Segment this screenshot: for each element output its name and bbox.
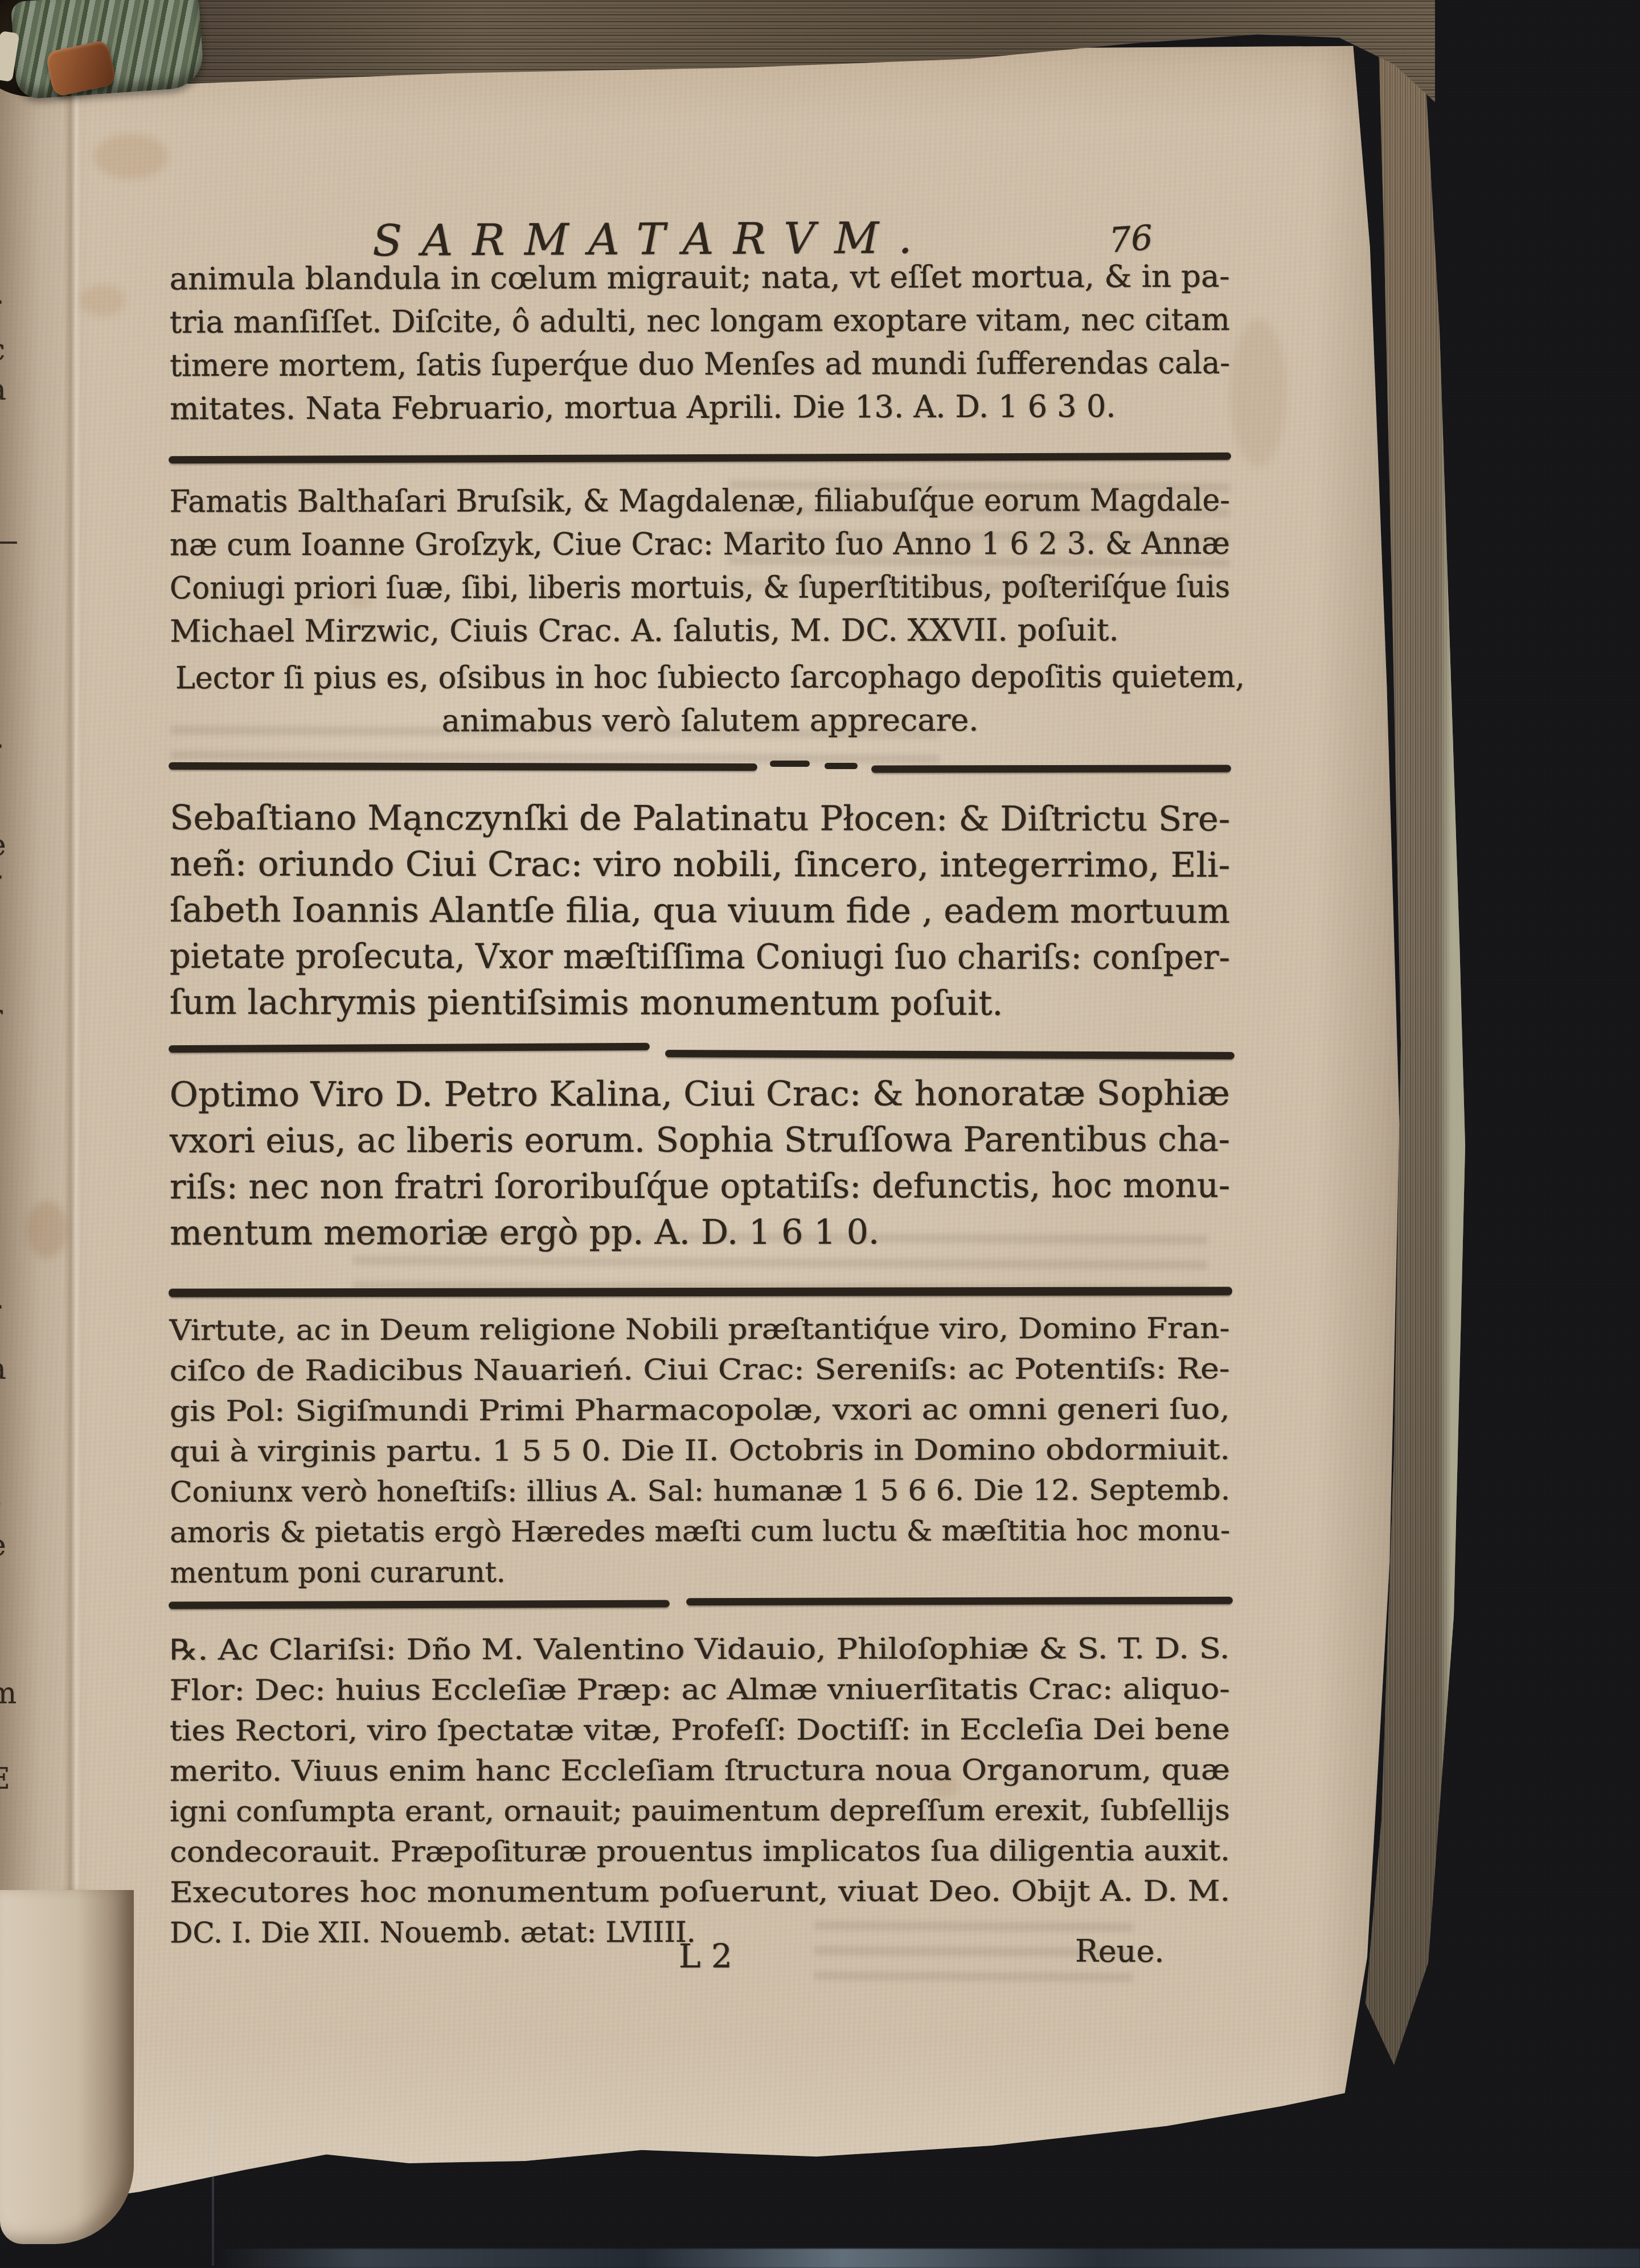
text-line: gis Pol: Sigiſmundi Primi Pharmacopolæ, … (170, 1389, 1230, 1432)
text-line: Sebaſtiano Mąnczynſki de Palatinatu Płoc… (170, 795, 1230, 843)
scan-scratch (212, 2061, 214, 2266)
text-line: næ cum Ioanne Groſzyk, Ciue Crac: Marito… (170, 522, 1230, 567)
book-photo: { "colors": { "paper": "#cfbfa9", "ink":… (0, 0, 1640, 2268)
text-line: Coniunx verò honeſtiſs: illius A. Sal: h… (170, 1470, 1230, 1513)
paper-stain (1230, 319, 1287, 467)
text-line: vxori eius, ac liberis eorum. Sophia Str… (170, 1117, 1230, 1165)
paper-stain (94, 134, 168, 179)
gutter-fragment: — (0, 524, 18, 558)
epitaph-paragraph: Famatis Balthaſari Bruſsik, & Magdalenæ,… (170, 479, 1230, 654)
epitaph-paragraph: Lector ſi pius es, oſsibus in hoc ſubiec… (175, 655, 1245, 743)
text-line: Famatis Balthaſari Bruſsik, & Magdalenæ,… (170, 479, 1230, 524)
section-divider (825, 763, 858, 769)
text-line: timere mortem, ſatis ſuperq́ue duo Menſe… (170, 342, 1230, 388)
text-line: Lector ſi pius es, oſsibus in hoc ſubiec… (175, 655, 1245, 700)
gutter-fragment: e (0, 828, 6, 862)
text-line: condecorauit. Præpoſituræ prouentus impl… (170, 1831, 1230, 1873)
gutter-fragment: E (0, 1762, 10, 1796)
epitaph-paragraph: ℞. Ac Clariſsi: Dño M. Valentino Vidauio… (170, 1629, 1231, 1954)
gutter-fragment: m (0, 1677, 17, 1711)
text-line: Michael Mirzwic, Ciuis Crac. A. ſalutis,… (170, 609, 1230, 654)
text-line: Virtute, ac in Deum religione Nobili præ… (169, 1308, 1229, 1351)
scan-artifact-strip (216, 2249, 1640, 2268)
text-line: pietate proſecuta, Vxor mæſtiſſima Coniu… (170, 934, 1230, 981)
text-line: neñ: oriundo Ciui Crac: viro nobili, ſin… (170, 841, 1230, 889)
gutter-fragments: ſca—,‚ſeſrllſatemEl (0, 0, 23, 2268)
section-divider (770, 761, 810, 767)
paper-stain (27, 1201, 67, 1258)
text-line: mitates. Nata Februario, mortua Aprili. … (170, 385, 1230, 431)
text-line: animula blandula in cœlum migrauit; nata… (170, 255, 1230, 301)
text-line: ℞. Ac Clariſsi: Dño M. Valentino Vidauio… (170, 1629, 1230, 1671)
text-line: tria manſiſſet. Diſcite, ô adulti, nec l… (170, 298, 1230, 344)
signature-mark: L 2 (679, 1937, 732, 1975)
text-line: qui à virginis partu. 1 5 5 0. Die II. O… (170, 1429, 1230, 1472)
text-line: Coniugi priori ſuæ, ſibi, liberis mortui… (170, 565, 1230, 610)
text-line: amoris & pietatis ergò Hæredes mæſti cum… (170, 1510, 1230, 1553)
text-line: mentum memoriæ ergò pp. A. D. 1 6 1 0. (170, 1209, 1230, 1257)
epitaph-paragraph: animula blandula in cœlum migrauit; nata… (170, 255, 1231, 431)
gutter-fragment: e (0, 1529, 6, 1563)
text-line: ſum lachrymis pientiſsimis monumentum po… (170, 980, 1230, 1027)
text-line: merito. Viuus enim hanc Eccleſiam ſtruct… (170, 1750, 1230, 1792)
gutter-fragment: t (0, 1480, 1, 1514)
epitaph-paragraph: Sebaſtiano Mąnczynſki de Palatinatu Płoc… (170, 795, 1230, 1027)
section-divider (871, 765, 1231, 773)
text-line: Executores hoc monumentum poſuerunt, viu… (170, 1871, 1230, 1913)
text-line: riſs: nec non fratri ſororibuſq́ue optat… (170, 1163, 1230, 1211)
epitaph-paragraph: Virtute, ac in Deum religione Nobili præ… (169, 1308, 1230, 1593)
text-line: igni conſumpta erant, ornauit; pauimentu… (170, 1790, 1230, 1833)
gutter-fragment: r (0, 999, 3, 1033)
gutter-fragment: a (0, 1352, 6, 1386)
text-line: Optimo Viro D. Petro Kalina, Ciui Crac: … (170, 1071, 1230, 1119)
gutter-fragment: c (0, 333, 5, 367)
epitaph-paragraph: Optimo Viro D. Petro Kalina, Ciui Crac: … (170, 1071, 1230, 1257)
text-line: mentum poni curarunt. (170, 1551, 1230, 1593)
section-divider (169, 762, 757, 771)
text-line: ties Rectori, viro ſpectatæ vitæ, Profeſ… (170, 1710, 1230, 1752)
section-divider (686, 1597, 1233, 1606)
paper-stain (80, 285, 125, 316)
text-line: ſabeth Ioannis Alantſe filia, qua viuum … (170, 888, 1230, 935)
gutter-fragment: a (0, 373, 6, 407)
text-line: ciſco de Radicibus Nauarień. Ciui Crac: … (170, 1349, 1230, 1391)
text-line: animabus verò ſalutem apprecare. (175, 699, 1245, 743)
catchword: Reue. (1075, 1933, 1165, 1969)
text-line: Flor: Dec: huius Eccleſiæ Præp: ac Almæ … (170, 1669, 1230, 1711)
gutter-crease (64, 40, 81, 2180)
